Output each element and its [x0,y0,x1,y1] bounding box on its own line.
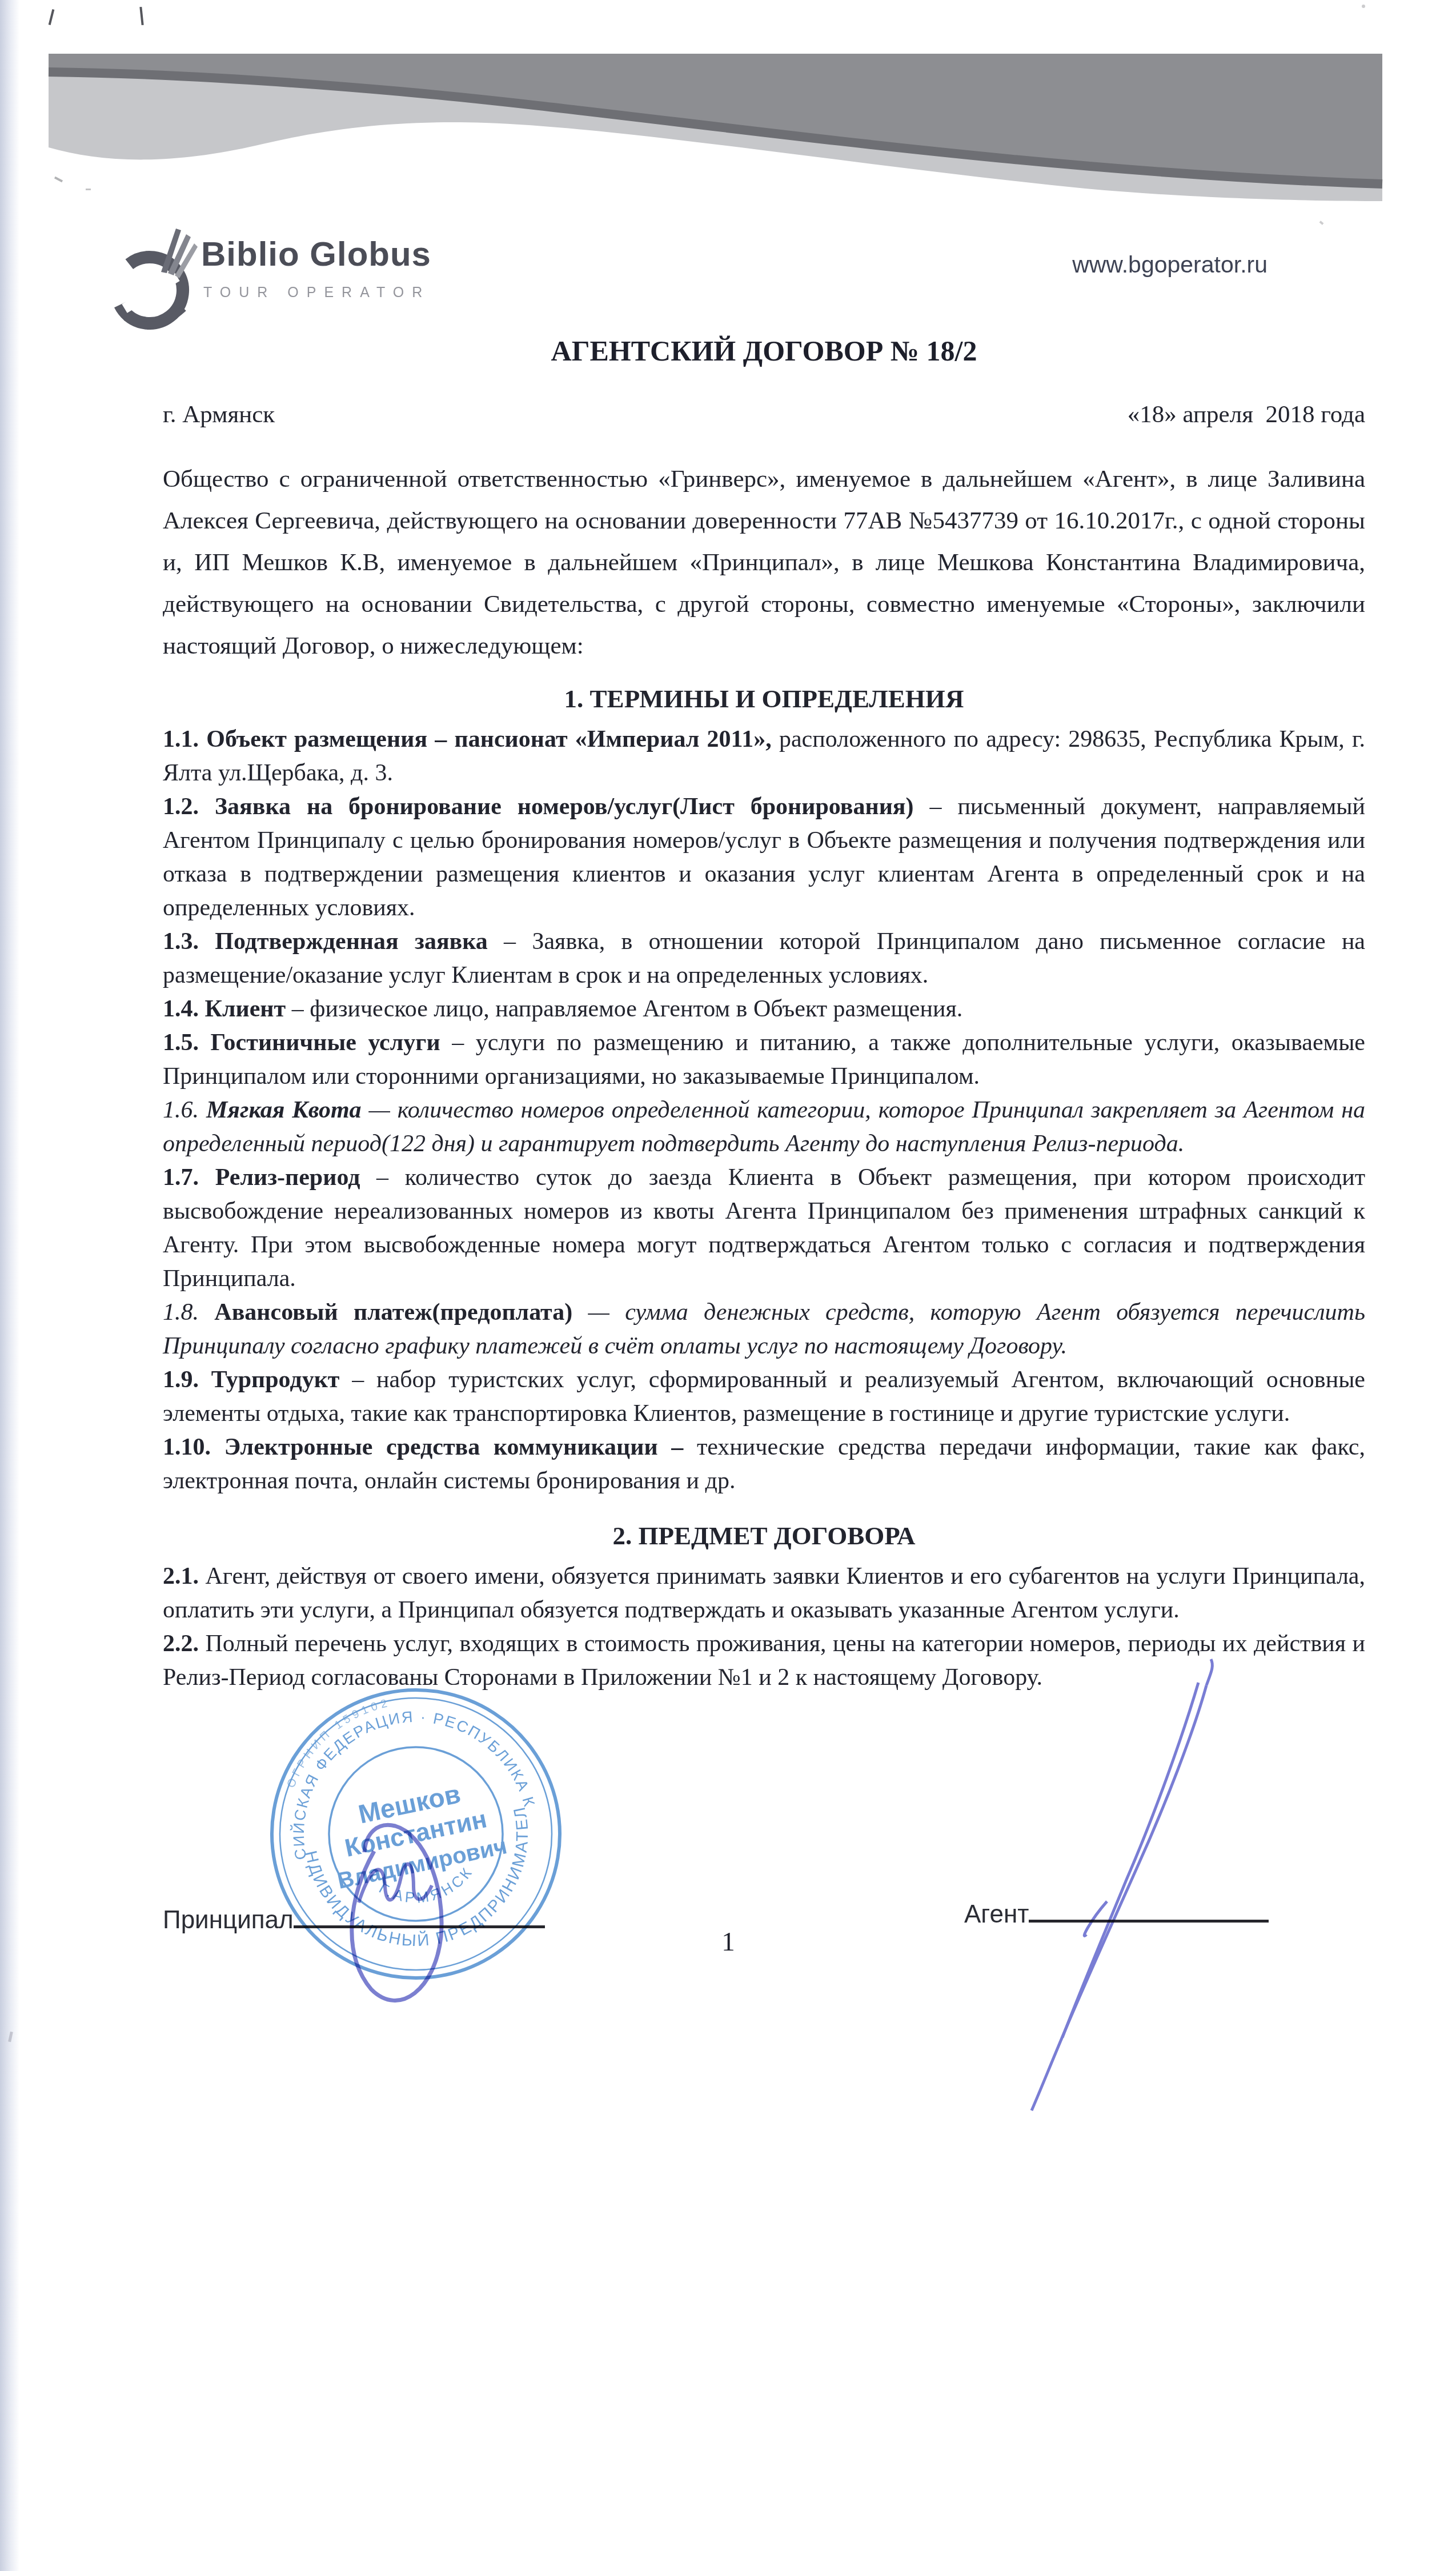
clause-number: 2.1. [163,1563,205,1589]
clause-text: – набор туристских услуг, сформированный… [163,1367,1365,1427]
clause-1-8: 1.8. Авансовый платеж(предоплата) — сумм… [163,1296,1365,1363]
clause-number: 1.1. [163,726,206,752]
clause-term: Авансовый платеж(предоплата) [214,1299,572,1325]
clause-number: 1.4. [163,996,205,1022]
logo-title: Biblio Globus [201,234,431,274]
clause-1-2: 1.2. Заявка на бронирование номеров/услу… [163,790,1365,925]
agent-signature-line [1029,1897,1269,1923]
section-2-heading: 2. ПРЕДМЕТ ДОГОВОРА [163,1521,1365,1551]
contract-date: «18» апреля 2018 года [1128,401,1365,428]
clause-1-4: 1.4. Клиент – физическое лицо, направляе… [163,992,1365,1026]
clause-number: 1.7. [163,1164,215,1191]
clause-1-10: 1.10. Электронные средства коммуникации … [163,1431,1365,1498]
page-number: 1 [703,1927,754,1957]
clause-number: 1.3. [163,928,215,955]
contract-preamble: Общество с ограниченной ответственностью… [163,458,1365,667]
document-body: АГЕНТСКИЙ ДОГОВОР № 18/2 г. Армянск «18»… [163,334,1365,1695]
clause-number: 1.6. [163,1097,206,1123]
agent-handwritten-signature [1032,1659,1212,2111]
scan-edge-strip [0,0,19,2571]
clause-1-7: 1.7. Релиз-период – количество суток до … [163,1161,1365,1296]
clause-number: 1.10. [163,1434,224,1460]
biblio-globus-logo: Biblio Globus TOUR OPERATOR [109,222,623,342]
website-url: www.bgoperator.ru [1072,251,1268,278]
clause-1-1: 1.1. Объект размещения – пансионат «Импе… [163,723,1365,790]
clause-2-1: 2.1. Агент, действуя от своего имени, об… [163,1560,1365,1627]
clause-term: Заявка на бронирование номеров/услуг(Лис… [215,794,914,820]
globe-logo-icon [109,222,200,342]
logo-subtitle: TOUR OPERATOR [203,285,430,301]
header-wave-banner [0,0,1456,229]
clause-term: Подтвержденная заявка [215,928,488,955]
contract-title: АГЕНТСКИЙ ДОГОВОР № 18/2 [163,334,1365,367]
clause-1-5: 1.5. Гостиничные услуги – услуги по разм… [163,1026,1365,1094]
clause-text: Агент, действуя от своего имени, обязует… [163,1563,1365,1623]
city-date-row: г. Армянск «18» апреля 2018 года [163,401,1365,428]
clause-1-9: 1.9. Турпродукт – набор туристских услуг… [163,1363,1365,1431]
clause-text: – физическое лицо, направляемое Агентом … [286,996,962,1022]
clause-term: Клиент [205,996,286,1022]
agent-label: Агент [964,1900,1029,1928]
clause-number: 1.8. [163,1299,214,1325]
clause-number: 1.9. [163,1367,211,1393]
principal-round-stamp: ОГРНИП 159102 РОССИЙСКАЯ ФЕДЕРАЦИЯ · РЕС… [259,1674,573,1994]
clause-term: Мягкая Квота [206,1097,362,1123]
clause-number: 2.2. [163,1631,205,1657]
section-1-heading: 1. ТЕРМИНЫ И ОПРЕДЕЛЕНИЯ [163,684,1365,714]
clause-1-3: 1.3. Подтвержденная заявка – Заявка, в о… [163,925,1365,992]
scanned-contract-page: Biblio Globus TOUR OPERATOR www.bgoperat… [0,0,1456,2571]
contract-city: г. Армянск [163,401,275,428]
agent-signature-block: Агент [964,1897,1269,1929]
clause-term: Гостиничные услуги [211,1030,440,1056]
clause-term: Электронные средства коммуникации – [224,1434,684,1460]
clause-number: 1.5. [163,1030,211,1056]
clause-number: 1.2. [163,794,215,820]
clause-1-6: 1.6. Мягкая Квота — количество номеров о… [163,1094,1365,1161]
clause-term: Объект размещения – пансионат «Империал … [206,726,772,752]
clause-term: Релиз-период [215,1164,360,1191]
clause-term: Турпродукт [211,1367,340,1393]
